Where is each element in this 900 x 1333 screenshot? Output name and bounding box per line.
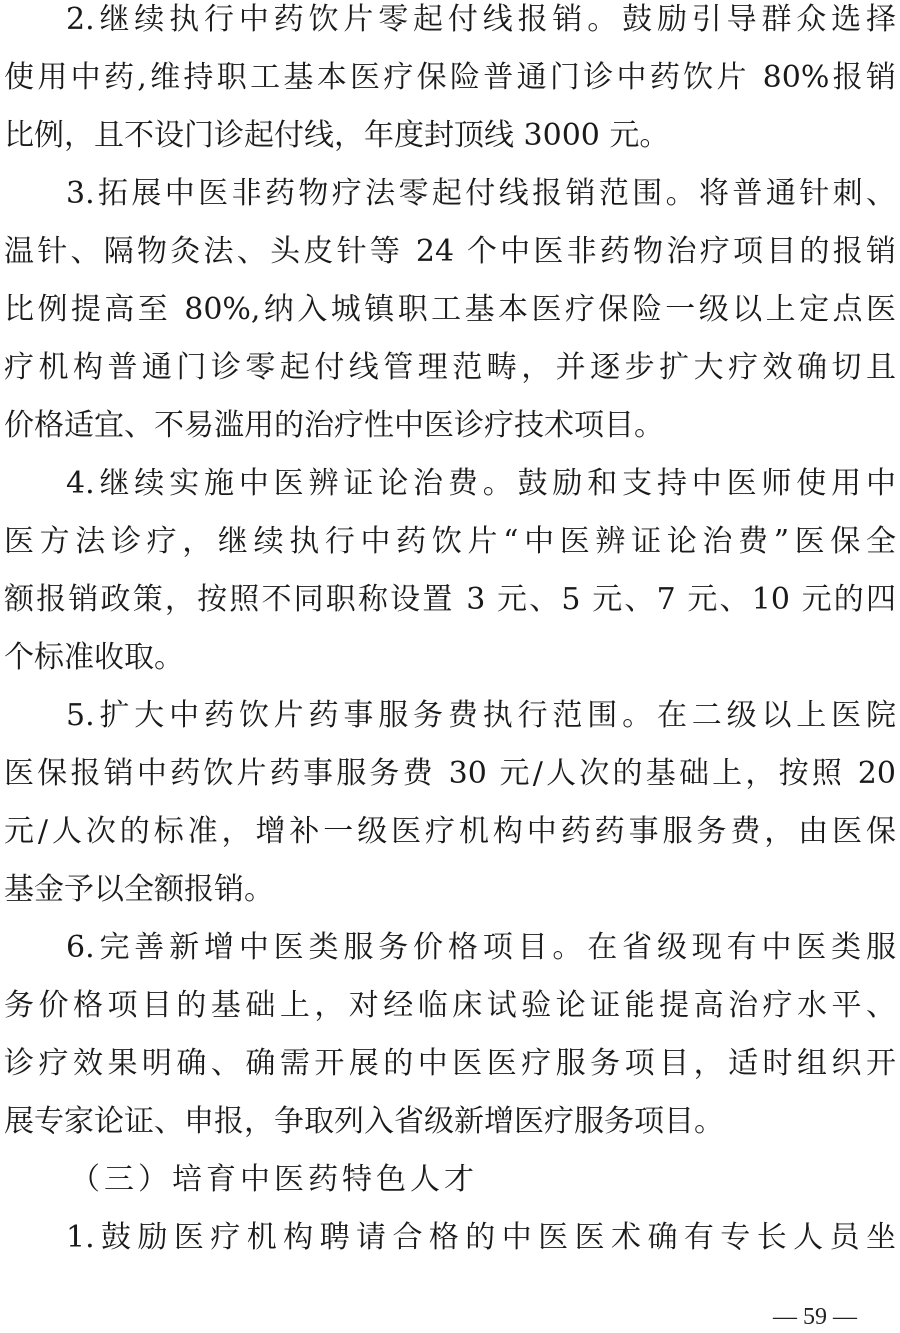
document-page: 2.继续执行中药饮片零起付线报销。鼓励引导群众选择 使用中药,维持职工基本医疗保… [0, 0, 900, 1333]
paragraph-line: 比例提高至 80%,纳入城镇职工基本医疗保险一级以上定点医 [4, 290, 896, 330]
paragraph-line: 展专家论证、申报，争取列入省级新增医疗服务项目。 [4, 1102, 896, 1142]
paragraph-line: 务价格项目的基础上，对经临床试验论证能提高治疗水平、 [4, 986, 896, 1026]
paragraph-line: 个标准收取。 [4, 638, 896, 678]
paragraph-line: 5.扩大中药饮片药事服务费执行范围。在二级以上医院 [66, 696, 896, 736]
paragraph-line: 价格适宜、不易滥用的治疗性中医诊疗技术项目。 [4, 406, 896, 446]
paragraph-line: 3.拓展中医非药物疗法零起付线报销范围。将普通针刺、 [66, 174, 896, 214]
paragraph-line: 1.鼓励医疗机构聘请合格的中医医术确有专长人员坐 [66, 1218, 896, 1258]
section-heading: （三）培育中医药特色人才 [70, 1160, 470, 1200]
paragraph-line: 比例，且不设门诊起付线，年度封顶线 3000 元。 [4, 116, 896, 156]
paragraph-line: 使用中药,维持职工基本医疗保险普通门诊中药饮片 80%报销 [4, 58, 896, 98]
paragraph-line: 诊疗效果明确、确需开展的中医医疗服务项目，适时组织开 [4, 1044, 896, 1084]
paragraph-line: 疗机构普通门诊零起付线管理范畴，并逐步扩大疗效确切且 [4, 348, 896, 388]
paragraph-line: 元/人次的标准，增补一级医疗机构中药药事服务费，由医保 [4, 812, 896, 852]
paragraph-line: 6.完善新增中医类服务价格项目。在省级现有中医类服 [66, 928, 896, 968]
paragraph-line: 4.继续实施中医辨证论治费。鼓励和支持中医师使用中 [66, 464, 896, 504]
paragraph-line: 2.继续执行中药饮片零起付线报销。鼓励引导群众选择 [66, 0, 896, 40]
paragraph-line: 温针、隔物灸法、头皮针等 24 个中医非药物治疗项目的报销 [4, 232, 896, 272]
paragraph-line: 基金予以全额报销。 [4, 870, 896, 910]
paragraph-line: 医保报销中药饮片药事服务费 30 元/人次的基础上，按照 20 [4, 754, 896, 794]
page-number: — 59 — [750, 1302, 880, 1332]
paragraph-line: 医方法诊疗，继续执行中药饮片“中医辨证论治费”医保全 [4, 522, 896, 562]
paragraph-line: 额报销政策，按照不同职称设置 3 元、5 元、7 元、10 元的四 [4, 580, 896, 620]
